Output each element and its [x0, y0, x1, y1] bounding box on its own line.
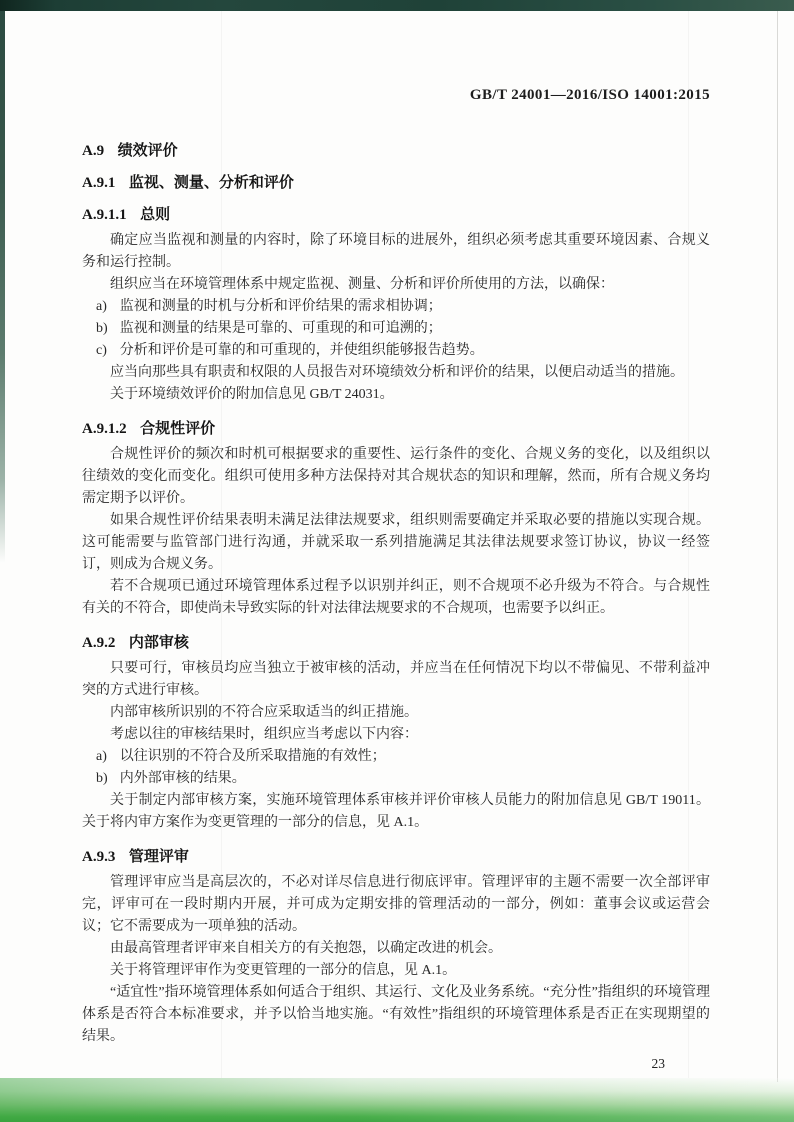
section-heading-a-9: A.9绩效评价: [82, 142, 710, 160]
list-item-a: a)以往识别的不符合及所采取措施的有效性；: [96, 746, 710, 768]
section-heading-a-9-3: A.9.3管理评审: [82, 848, 710, 866]
list-item-text: 以往识别的不符合及所采取措施的有效性；: [120, 746, 386, 768]
paragraph: 如果合规性评价结果表明未满足法律法规要求，组织则需要确定并采取必要的措施以实现合…: [82, 510, 710, 576]
section-heading-a-9-1: A.9.1监视、测量、分析和评价: [82, 174, 710, 192]
section-title: 绩效评价: [118, 142, 178, 159]
paragraph: 确定应当监视和测量的内容时，除了环境目标的进展外，组织必须考虑其重要环境因素、合…: [82, 230, 710, 274]
section-number: A.9: [82, 143, 104, 159]
list-item-label: a): [96, 746, 112, 768]
document-page: GB/T 24001—2016/ISO 14001:2015 A.9绩效评价A.…: [0, 0, 794, 1122]
list-item-label: b): [96, 768, 112, 790]
paragraph: 关于环境绩效评价的附加信息见 GB/T 24031。: [82, 384, 710, 406]
list-item-b: b)内外部审核的结果。: [96, 768, 710, 790]
section-heading-a-9-1-2: A.9.1.2合规性评价: [82, 420, 710, 438]
section-number: A.9.3: [82, 849, 115, 865]
paragraph: 合规性评价的频次和时机可根据要求的重要性、运行条件的变化、合规义务的变化，以及组…: [82, 444, 710, 510]
list-item-text: 监视和测量的时机与分析和评价结果的需求相协调；: [120, 296, 442, 318]
list-item-label: a): [96, 296, 112, 318]
list-item-text: 内外部审核的结果。: [120, 768, 246, 790]
list-item-text: 监视和测量的结果是可靠的、可重现的和可追溯的；: [120, 318, 442, 340]
section-title: 监视、测量、分析和评价: [129, 174, 294, 191]
paragraph: 内部审核所识别的不符合应采取适当的纠正措施。: [82, 702, 710, 724]
paragraph: 关于将管理评审作为变更管理的一部分的信息，见 A.1。: [82, 960, 710, 982]
scan-right-edge-line: [777, 11, 778, 1082]
list-item-c: c)分析和评价是可靠的和可重现的，并使组织能够报告趋势。: [96, 340, 710, 362]
page-number: 23: [82, 1056, 710, 1072]
scan-left-edge-artifact: [0, 11, 5, 563]
paragraph: 考虑以往的审核结果时，组织应当考虑以下内容：: [82, 724, 710, 746]
paragraph: “适宜性”指环境管理体系如何适合于组织、其运行、文化及业务系统。“充分性”指组织…: [82, 982, 710, 1048]
section-title: 合规性评价: [140, 420, 215, 437]
paragraph: 组织应当在环境管理体系中规定监视、测量、分析和评价所使用的方法，以确保：: [82, 274, 710, 296]
section-number: A.9.1: [82, 175, 115, 191]
page-content: GB/T 24001—2016/ISO 14001:2015 A.9绩效评价A.…: [0, 86, 794, 1072]
paragraph: 由最高管理者评审来自相关方的有关抱怨，以确定改进的机会。: [82, 938, 710, 960]
section-body: 只要可行，审核员均应当独立于被审核的活动，并应当在任何情况下均以不带偏见、不带利…: [82, 658, 710, 834]
section-heading-a-9-2: A.9.2内部审核: [82, 634, 710, 652]
running-header-standard-code: GB/T 24001—2016/ISO 14001:2015: [82, 86, 710, 104]
scan-bottom-green-band-artifact: [0, 1078, 794, 1122]
section-title: 总则: [140, 206, 170, 223]
list-item-a: a)监视和测量的时机与分析和评价结果的需求相协调；: [96, 296, 710, 318]
section-heading-a-9-1-1: A.9.1.1总则: [82, 206, 710, 224]
list-item-label: c): [96, 340, 112, 362]
section-number: A.9.2: [82, 635, 115, 651]
section-body: 合规性评价的频次和时机可根据要求的重要性、运行条件的变化、合规义务的变化，以及组…: [82, 444, 710, 620]
section-body: 确定应当监视和测量的内容时，除了环境目标的进展外，组织必须考虑其重要环境因素、合…: [82, 230, 710, 406]
paragraph: 关于制定内部审核方案，实施环境管理体系审核并评价审核人员能力的附加信息见 GB/…: [82, 790, 710, 834]
paragraph: 若不合规项已通过环境管理体系过程予以识别并纠正，则不合规项不必升级为不符合。与合…: [82, 576, 710, 620]
section-title: 管理评审: [129, 848, 189, 865]
section-title: 内部审核: [129, 634, 189, 651]
paragraph: 只要可行，审核员均应当独立于被审核的活动，并应当在任何情况下均以不带偏见、不带利…: [82, 658, 710, 702]
section-number: A.9.1.1: [82, 207, 127, 223]
document-body: A.9绩效评价A.9.1监视、测量、分析和评价A.9.1.1总则确定应当监视和测…: [82, 142, 710, 1048]
paragraph: 应当向那些具有职责和权限的人员报告对环境绩效分析和评价的结果，以便启动适当的措施…: [82, 362, 710, 384]
list-item-label: b): [96, 318, 112, 340]
scan-top-edge-artifact: [0, 0, 794, 11]
paragraph: 管理评审应当是高层次的，不必对详尽信息进行彻底评审。管理评审的主题不需要一次全部…: [82, 872, 710, 938]
section-number: A.9.1.2: [82, 421, 127, 437]
section-body: 管理评审应当是高层次的，不必对详尽信息进行彻底评审。管理评审的主题不需要一次全部…: [82, 872, 710, 1048]
list-item-b: b)监视和测量的结果是可靠的、可重现的和可追溯的；: [96, 318, 710, 340]
list-item-text: 分析和评价是可靠的和可重现的，并使组织能够报告趋势。: [120, 340, 484, 362]
